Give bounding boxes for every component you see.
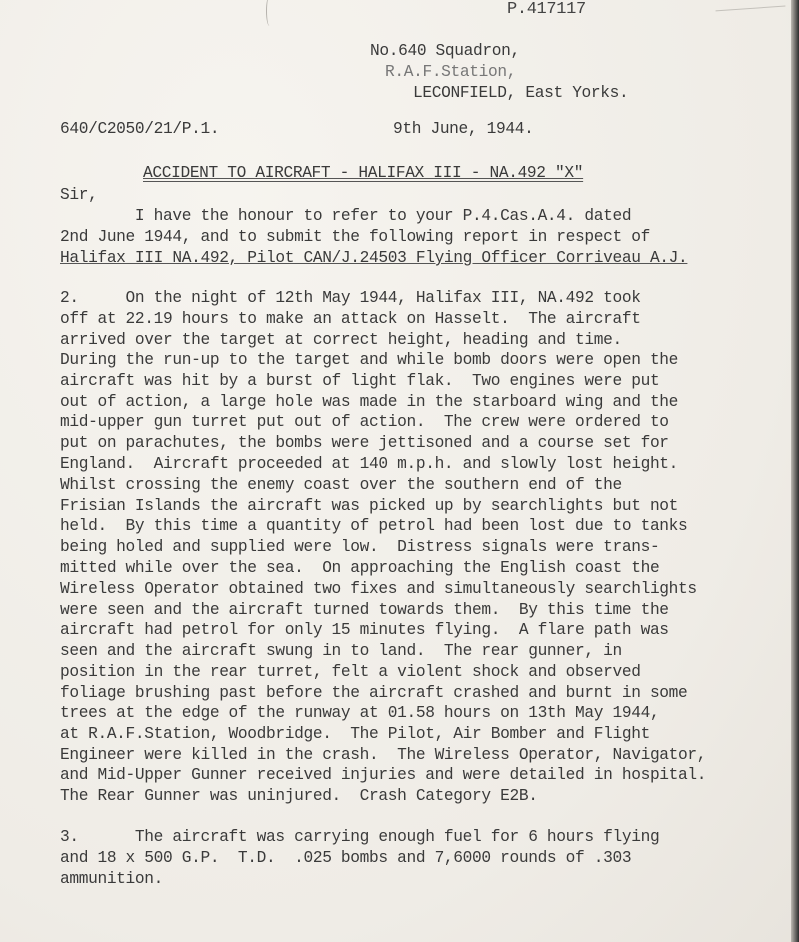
sender-address-line-2: R.A.F.Station, — [385, 62, 516, 82]
pencil-mark — [266, 0, 273, 26]
paragraph-2-line: position in the rear turret, felt a viol… — [60, 662, 641, 682]
paragraph-2-line: aircraft had petrol for only 15 minutes … — [60, 620, 669, 640]
paragraph-2-line: mitted while over the sea. On approachin… — [60, 558, 659, 578]
paragraph-3-line: 3. The aircraft was carrying enough fuel… — [60, 827, 659, 847]
paragraph-2-line: arrived over the target at correct heigh… — [60, 330, 622, 350]
paragraph-2-line: seen and the aircraft swung in to land. … — [60, 641, 622, 661]
paragraph-2-line: at R.A.F.Station, Woodbridge. The Pilot,… — [60, 724, 650, 744]
paragraph-2-line: foliage brushing past before the aircraf… — [60, 683, 687, 703]
paragraph-2-line: were seen and the aircraft turned toward… — [60, 600, 669, 620]
paragraph-2-line: Frisian Islands the aircraft was picked … — [60, 496, 678, 516]
paragraph-2-line: and Mid-Upper Gunner received injuries a… — [60, 765, 706, 785]
typewritten-letter: P.417117 No.640 Squadron, R.A.F.Station,… — [0, 0, 791, 942]
paragraph-2-line: being holed and supplied were low. Distr… — [60, 537, 659, 557]
subject-heading: ACCIDENT TO AIRCRAFT - HALIFAX III - NA.… — [143, 163, 583, 183]
sender-address-line-3: LECONFIELD, East Yorks. — [413, 83, 628, 103]
salutation: Sir, — [60, 185, 97, 205]
paragraph-3-line: ammunition. — [60, 869, 163, 889]
paragraph-2-line: During the run-up to the target and whil… — [60, 350, 678, 370]
paragraph-2-line: trees at the edge of the runway at 01.58… — [60, 703, 659, 723]
paragraph-1-line: I have the honour to refer to your P.4.C… — [60, 206, 631, 226]
paragraph-3-line: and 18 x 500 G.P. T.D. .025 bombs and 7,… — [60, 848, 631, 868]
paragraph-2-line: 2. On the night of 12th May 1944, Halifa… — [60, 288, 641, 308]
sender-address-line-1: No.640 Squadron, — [370, 41, 520, 61]
paragraph-1-line: Halifax III NA.492, Pilot CAN/J.24503 Fl… — [60, 248, 687, 268]
paragraph-2-line: put on parachutes, the bombs were jettis… — [60, 433, 669, 453]
scan-edge-shadow — [791, 0, 799, 942]
letter-date: 9th June, 1944. — [393, 119, 533, 139]
paragraph-2-line: Whilst crossing the enemy coast over the… — [60, 475, 622, 495]
file-reference: 640/C2050/21/P.1. — [60, 119, 219, 139]
paragraph-2-line: The Rear Gunner was uninjured. Crash Cat… — [60, 786, 538, 806]
paragraph-2-line: off at 22.19 hours to make an attack on … — [60, 309, 641, 329]
paragraph-2-line: out of action, a large hole was made in … — [60, 392, 678, 412]
reference-number: P.417117 — [507, 0, 586, 20]
paragraph-2-line: aircraft was hit by a burst of light fla… — [60, 371, 659, 391]
pencil-annotation — [715, 0, 786, 11]
paragraph-2-line: Engineer were killed in the crash. The W… — [60, 745, 706, 765]
paragraph-1-line: 2nd June 1944, and to submit the followi… — [60, 227, 650, 247]
paragraph-2-line: England. Aircraft proceeded at 140 m.p.h… — [60, 454, 678, 474]
paragraph-2-line: held. By this time a quantity of petrol … — [60, 516, 687, 536]
paragraph-2-line: mid-upper gun turret put out of action. … — [60, 412, 669, 432]
paragraph-2-line: Wireless Operator obtained two fixes and… — [60, 579, 697, 599]
